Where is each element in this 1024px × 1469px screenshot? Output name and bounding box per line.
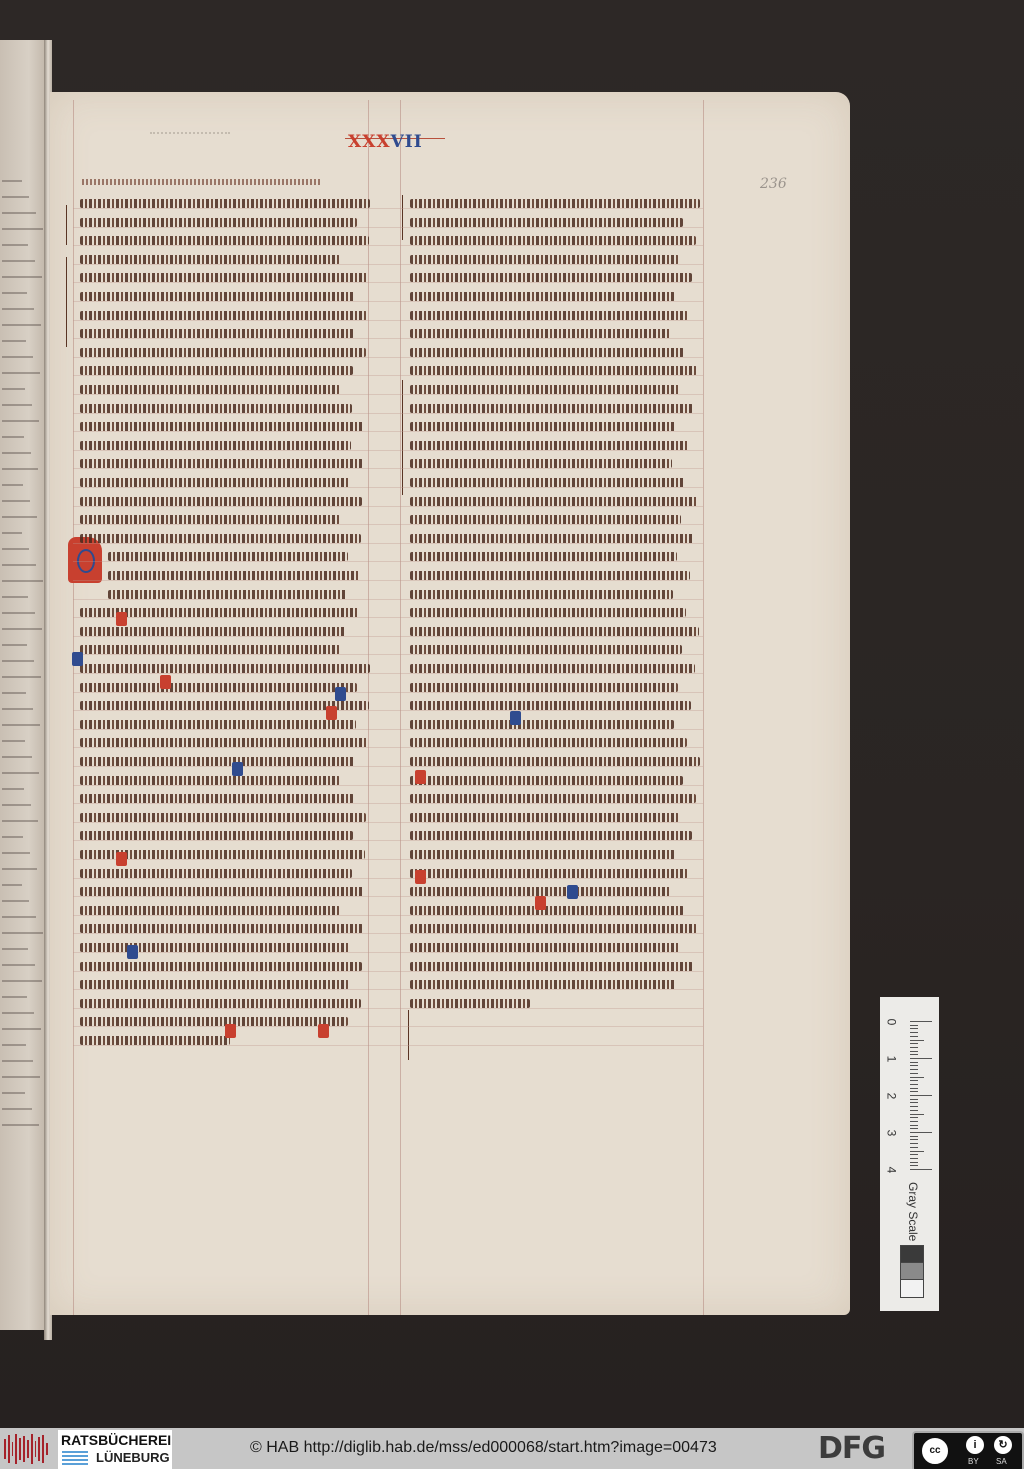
rubric-mark-blue [567,885,578,899]
ruling-line-horizontal [73,878,703,879]
ruler-number: 0 [884,1019,898,1026]
script-line [80,720,356,729]
ruling-line-horizontal [73,245,703,246]
bleed-through-line [2,356,33,358]
bleed-through-line [2,372,40,374]
cc-icon: cc [920,1436,950,1466]
ruler-tick [910,1065,918,1066]
bleed-through-line [2,292,27,294]
top-margin-annotation [82,179,322,185]
ruling-line-horizontal [73,524,703,525]
sa-label: SA [996,1457,1007,1466]
bleed-through-line [2,1092,25,1094]
script-line [410,459,672,468]
rubric-mark-red [415,770,426,784]
ruler-tick [910,1114,924,1115]
script-line [80,776,340,785]
ruler-number: 3 [884,1130,898,1137]
logo-bar [12,1442,14,1456]
script-line [410,366,697,375]
library-logo-icon [4,1432,48,1465]
bleed-through-line [2,1060,33,1062]
bleed-through-line [2,1076,40,1078]
bleed-through-line [2,660,34,662]
ruler-tick [910,1028,918,1029]
margin-bracket [402,195,403,240]
ruling-line-horizontal [73,915,703,916]
bleed-through-line [2,500,30,502]
rubric-mark-red [326,706,337,720]
bleed-through-line [2,1044,26,1046]
bleed-through-line [2,948,28,950]
bleed-through-line [2,180,22,182]
bleed-through-line [2,580,43,582]
bleed-through-line [2,836,23,838]
script-line [108,552,348,561]
ruler-tick [910,1058,932,1059]
faint-marginal-note [150,122,230,134]
script-line [410,757,700,766]
bleed-through-line [2,484,23,486]
ruler-tick [910,1102,918,1103]
rubric-mark-red [116,612,127,626]
script-line [80,906,340,915]
script-line [410,497,698,506]
script-line [80,1036,230,1045]
folio-number: 236 [760,176,787,192]
margin-bracket [402,380,403,495]
script-line [80,478,350,487]
ruler-tick [910,1099,918,1100]
script-line [410,348,684,357]
ruling-line-horizontal [73,747,703,748]
script-line [80,924,363,933]
script-line [80,441,351,450]
ruling-line-horizontal [73,692,703,693]
bleed-through-line [2,916,36,918]
ruler-tick [910,1073,918,1074]
ruler-tick [910,1125,918,1126]
script-line [410,236,696,245]
gray-swatch [900,1279,924,1298]
ruler-tick [910,1162,918,1163]
ruler-tick [910,1154,918,1155]
bleed-through-line [2,1028,41,1030]
ruling-line-horizontal [73,506,703,507]
script-line [410,980,676,989]
bleed-through-line [2,420,39,422]
ruler-tick [910,1091,918,1092]
measurement-ruler: Gray Scale 01234 [880,997,939,1311]
bleed-through-line [2,804,31,806]
ruling-line-horizontal [73,599,703,600]
logo-bar [35,1441,37,1457]
bleed-through-line [2,676,41,678]
ruling-line-horizontal [73,710,703,711]
ruling-line-horizontal [73,971,703,972]
script-line [410,404,693,413]
script-line [410,273,692,282]
script-line [80,869,352,878]
rubric-mark-blue [72,652,83,666]
ruling-line-horizontal [73,561,703,562]
ruling-line-horizontal [73,952,703,953]
script-line [80,683,357,692]
gray-scale-label: Gray Scale [906,1182,920,1241]
script-line [108,571,360,580]
script-line [410,664,695,673]
ruler-tick [910,1136,918,1137]
ruler-number: 4 [884,1167,898,1174]
ruler-tick [910,1088,918,1089]
script-line [410,924,697,933]
ruling-line-horizontal [73,1045,703,1046]
ruling-line-horizontal [73,227,703,228]
logo-bar [4,1439,6,1459]
bleed-through-line [2,228,43,230]
script-line [410,850,675,859]
footer-bar: RATSBÜCHEREI LÜNEBURG © HAB http://digli… [0,1428,1024,1469]
ruler-tick [910,1077,924,1078]
ruling-line-horizontal [73,822,703,823]
ruler-tick [910,1106,918,1107]
script-line [410,943,680,952]
script-line [410,534,694,543]
ruling-line-horizontal [73,1008,703,1009]
bleed-through-line [2,884,22,886]
ruling-line-horizontal [73,859,703,860]
previous-page-edge [0,40,48,1330]
ruling-line-horizontal [73,617,703,618]
ruling-line-horizontal [73,896,703,897]
script-line [80,422,364,431]
ruling-line-horizontal [73,803,703,804]
script-line [410,813,679,822]
bleed-through-line [2,820,38,822]
bleed-through-line [2,932,43,934]
ruling-line-horizontal [73,636,703,637]
logo-bar [38,1437,40,1461]
bleed-through-line [2,740,25,742]
bleed-through-line [2,388,25,390]
ruler-tick [910,1069,918,1070]
bleed-through-line [2,596,28,598]
ruling-line-horizontal [73,487,703,488]
bleed-through-line [2,340,26,342]
script-line [410,608,686,617]
script-line [80,236,369,245]
ruler-tick [910,1025,918,1026]
ruler-tick [910,1110,918,1111]
ruling-line-horizontal [73,729,703,730]
script-line [410,720,674,729]
ruler-tick [910,1080,918,1081]
bleed-through-line [2,628,42,630]
ruler-tick [910,1021,932,1022]
folio-heading: XXXVII [348,132,423,152]
script-line [80,999,361,1008]
ruling-line-horizontal [73,785,703,786]
ruling-line-right [703,100,704,1315]
bleed-through-line [2,1108,32,1110]
share-alike-icon: ↻ [994,1436,1012,1454]
bleed-through-line [2,244,28,246]
script-line [410,869,688,878]
script-line [80,311,367,320]
script-line [80,218,357,227]
ruling-line-horizontal [73,933,703,934]
ruling-line-horizontal [73,989,703,990]
script-line [410,906,684,915]
bleed-through-line [2,708,33,710]
script-line [410,776,683,785]
bleed-through-line [2,644,27,646]
rubric-mark-blue [127,945,138,959]
script-line [80,980,349,989]
script-line [80,497,362,506]
bleed-through-line [2,516,37,518]
script-line [410,887,671,896]
rubric-mark-red [116,852,127,866]
ruling-line-horizontal [73,320,703,321]
bleed-through-line [2,1012,34,1014]
bleed-through-line [2,548,29,550]
folio-heading-blue: VII [391,132,423,152]
ruling-line-horizontal [73,766,703,767]
bleed-through-line [2,468,38,470]
script-line [80,255,340,264]
script-line [80,887,364,896]
ruling-line-horizontal [73,413,703,414]
ruler-tick [910,1132,932,1133]
script-line [410,627,699,636]
ruler-tick [910,1151,924,1152]
logo-bar [31,1434,33,1464]
script-line [80,534,361,543]
ruler-tick [910,1051,918,1052]
bleed-through-line [2,212,36,214]
script-line [80,329,354,338]
bleed-through-line [2,756,32,758]
rubric-mark-blue [232,762,243,776]
script-line [410,515,681,524]
script-line [80,738,368,747]
rubric-mark-blue [335,687,346,701]
script-line [410,255,679,264]
attribution-icon: i [966,1436,984,1454]
ruler-tick [910,1043,918,1044]
bleed-through-line [2,404,32,406]
script-line [410,962,693,971]
ruler-tick [910,1047,918,1048]
ruler-tick [910,1165,918,1166]
logo-bar [23,1436,25,1462]
ruler-tick [910,1062,918,1063]
script-line [80,794,354,803]
script-line [80,757,355,766]
script-line [80,943,350,952]
cc-license-badge[interactable]: cc i ↻ BY SA [912,1431,1024,1469]
ruling-line-horizontal [73,580,703,581]
script-line [80,292,355,301]
bleed-through-line [2,276,42,278]
ruler-tick [910,1054,918,1055]
library-logo-line1: RATSBÜCHEREI [61,1432,171,1448]
script-line [410,385,680,394]
ruling-line-horizontal [73,654,703,655]
copyright-link[interactable]: © HAB http://diglib.hab.de/mss/ed000068/… [250,1439,717,1457]
bleed-through-line [2,1124,39,1126]
script-line [80,831,353,840]
logo-bar [19,1438,21,1460]
bleed-through-line [2,532,22,534]
ruling-line-horizontal [73,431,703,432]
rubric-mark-red [318,1024,329,1038]
ruler-tick [910,1084,918,1085]
dfg-logo[interactable]: DFG [818,1432,885,1466]
script-line [80,962,362,971]
bleed-through-line [2,964,35,966]
script-line [80,664,370,673]
script-line [410,311,688,320]
script-line [410,199,700,208]
script-line [410,441,689,450]
ruler-tick [910,1121,918,1122]
script-line [80,199,370,208]
script-line [80,404,352,413]
bleed-through-line [2,452,31,454]
bleed-through-line [2,324,41,326]
script-line [410,999,530,1008]
ruler-number: 1 [884,1056,898,1063]
script-line [80,1017,348,1026]
folio-heading-red: XXX [348,132,391,152]
script-line [410,422,676,431]
library-logo-line2: LÜNEBURG [96,1450,170,1465]
script-line [80,813,366,822]
logo-bar [8,1435,10,1463]
bleed-through-line [2,260,35,262]
script-line [80,385,340,394]
script-line [80,645,340,654]
script-line [410,218,683,227]
ruling-line-horizontal [73,301,703,302]
rubric-mark-red [415,870,426,884]
rubric-mark-red [160,675,171,689]
ruler-tick [910,1032,918,1033]
bleed-through-line [2,436,24,438]
ruling-line-horizontal [73,282,703,283]
ruler-tick [910,1117,918,1118]
bleed-through-line [2,612,35,614]
bleed-through-line [2,308,34,310]
script-line [410,645,682,654]
script-line [80,459,363,468]
script-line [410,738,687,747]
logo-bar [46,1443,48,1455]
decorated-initial-n [68,537,102,583]
bleed-through-line [2,788,24,790]
ruling-line-horizontal [73,208,703,209]
script-line [80,366,353,375]
rubric-mark-blue [510,711,521,725]
bleed-through-line [2,852,30,854]
margin-bracket [408,1010,409,1060]
script-line [80,273,368,282]
script-line [410,794,696,803]
bleed-through-line [2,868,37,870]
ruler-number: 2 [884,1093,898,1100]
ruler-tick [910,1169,932,1170]
ruler-tick [910,1147,918,1148]
bleed-through-line [2,692,26,694]
ruler-tick [910,1143,918,1144]
ruling-line-horizontal [73,264,703,265]
script-line [410,571,690,580]
ruling-line-horizontal [73,338,703,339]
script-line [410,292,675,301]
logo-bar [42,1435,44,1463]
bleed-through-line [2,196,29,198]
script-line [80,515,340,524]
script-line [80,627,346,636]
ruler-tick [910,1095,932,1096]
by-label: BY [968,1457,979,1466]
ruling-line-horizontal [73,450,703,451]
ruling-line-horizontal [73,394,703,395]
ruler-tick [910,1036,918,1037]
script-line [410,683,678,692]
rubric-mark-red [535,896,546,910]
ruling-line-horizontal [73,1026,703,1027]
script-line [410,590,673,599]
script-line [410,478,685,487]
script-line [410,831,692,840]
bleed-through-line [2,772,39,774]
script-line [410,329,671,338]
logo-bar [27,1440,29,1458]
ruling-line-horizontal [73,468,703,469]
ruler-tick [910,1040,924,1041]
script-line [80,348,366,357]
ruler-tick [910,1128,918,1129]
bleed-through-line [2,724,40,726]
margin-bracket [66,205,67,245]
script-line [108,590,347,599]
book-icon [62,1451,88,1465]
logo-bar [15,1434,17,1464]
script-line [410,701,691,710]
ruler-tick [910,1139,918,1140]
ruler-tick [910,1158,918,1159]
bleed-through-line [2,900,29,902]
ruling-line-horizontal [73,543,703,544]
ruling-line-horizontal [73,673,703,674]
ruling-line-horizontal [73,840,703,841]
ruling-line-horizontal [73,375,703,376]
bleed-through-line [2,564,36,566]
ruling-line-horizontal [73,357,703,358]
bleed-through-line [2,980,42,982]
bleed-through-line [2,996,27,998]
rubric-mark-red [225,1024,236,1038]
margin-bracket [66,257,67,347]
script-line [410,552,677,561]
library-logo[interactable]: RATSBÜCHEREI LÜNEBURG [58,1430,172,1469]
